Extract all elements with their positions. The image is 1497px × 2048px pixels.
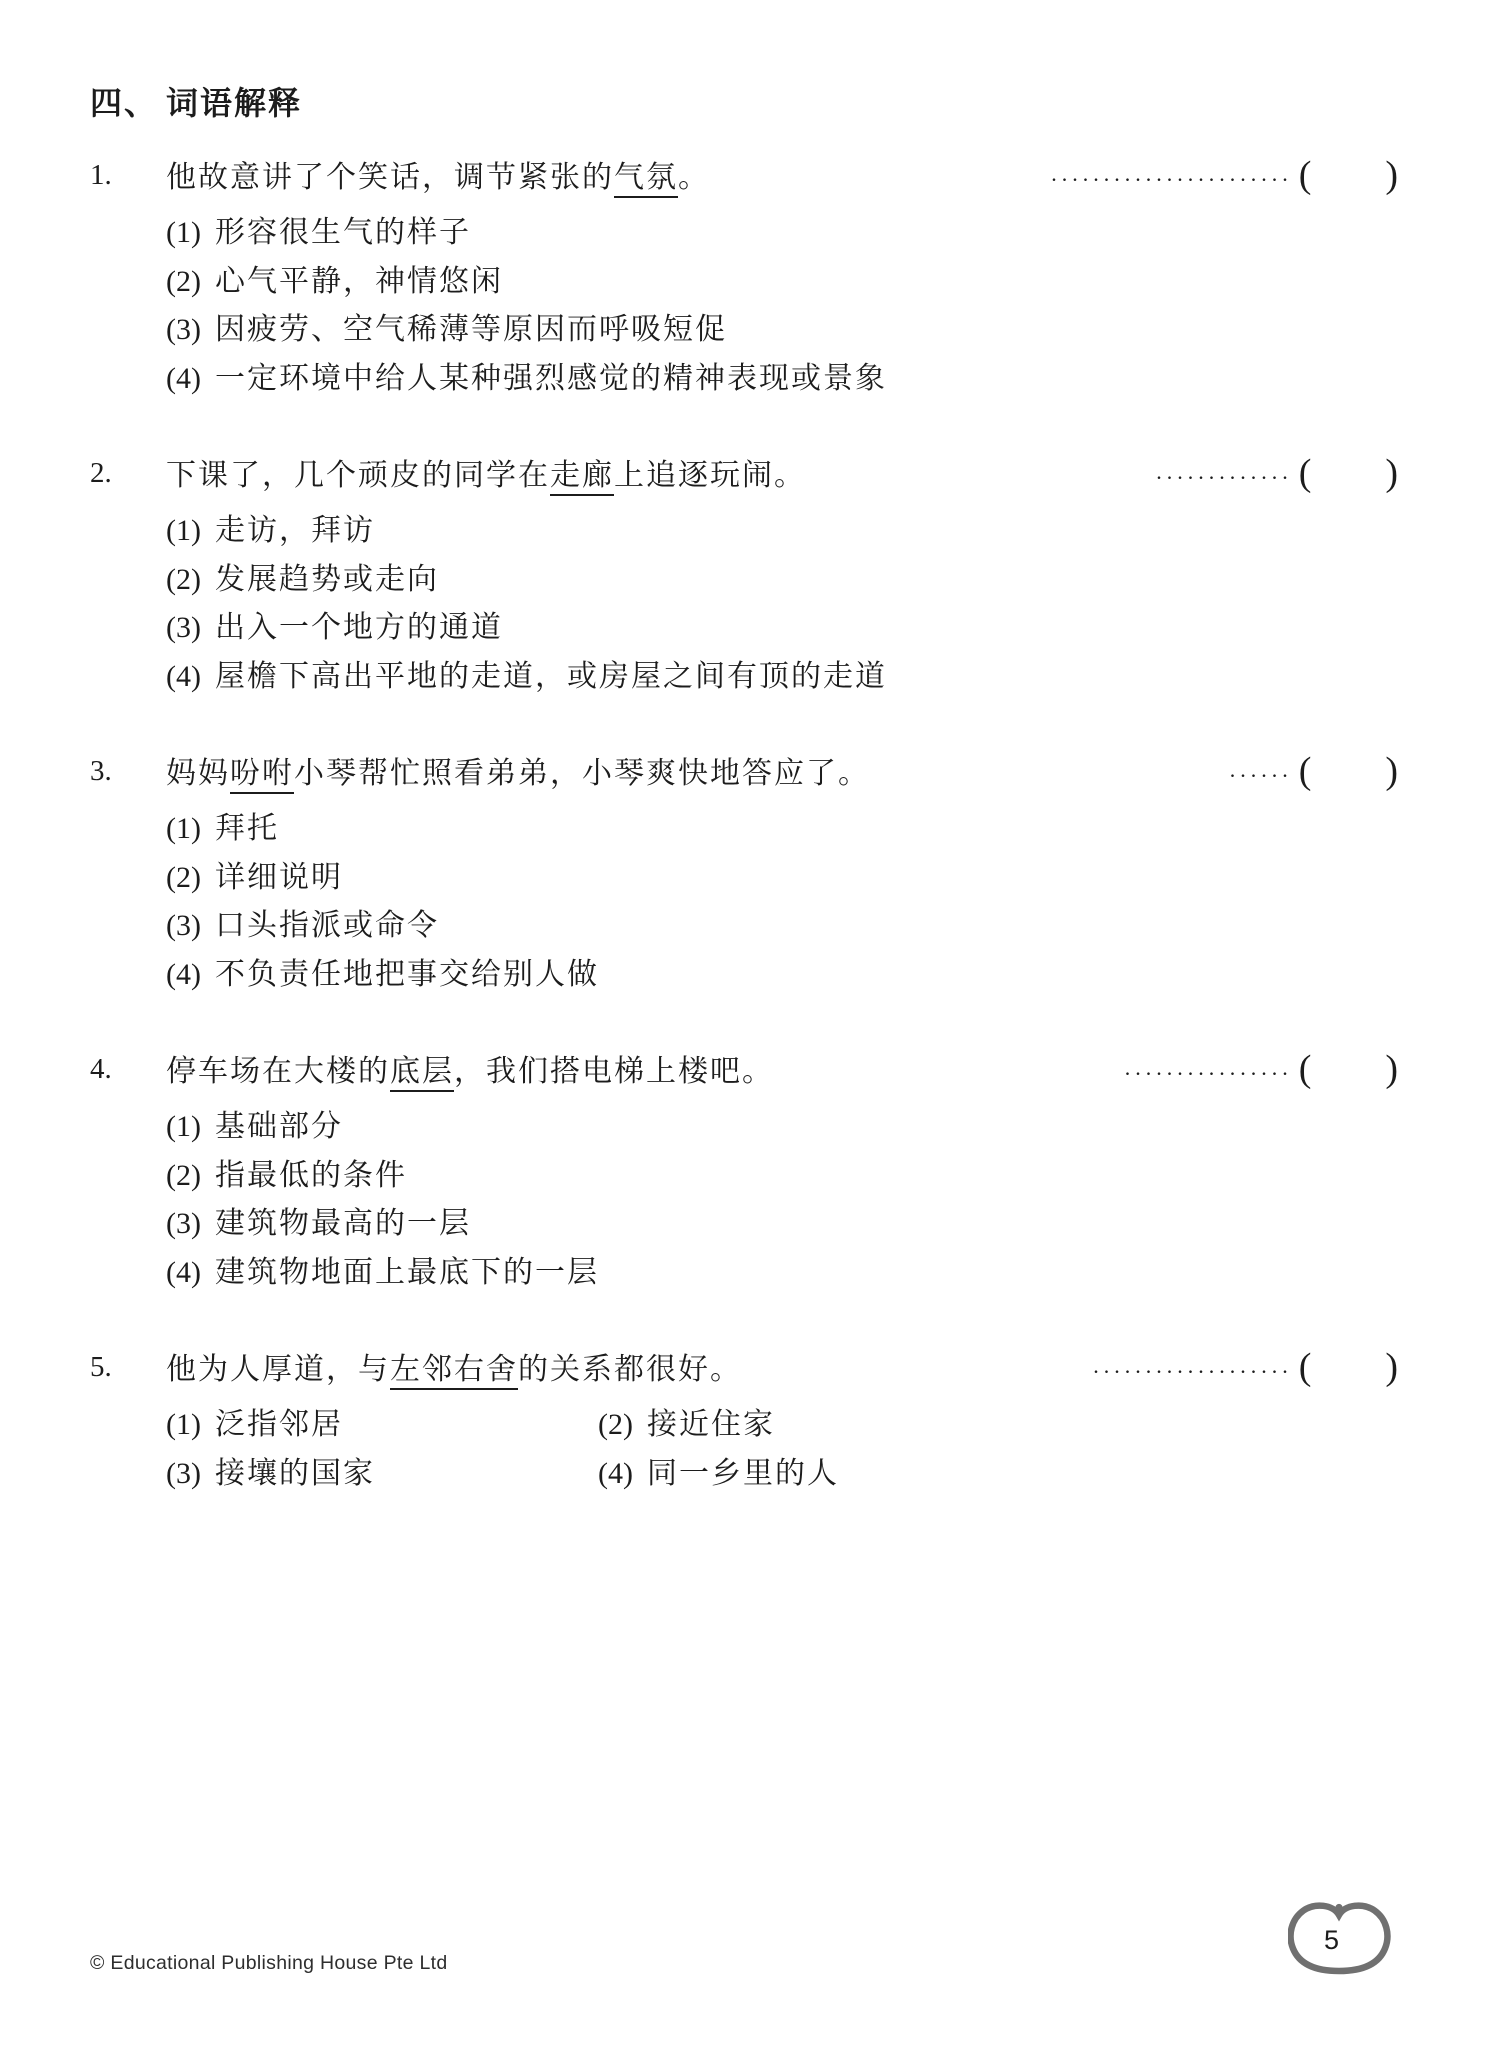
option-text: 发展趋势或走向 (215, 556, 439, 605)
option-label: (1) (166, 1103, 201, 1152)
option-label: (1) (166, 507, 201, 556)
answer-parentheses: () (1299, 450, 1400, 496)
option-text: 建筑物最高的一层 (215, 1200, 471, 1249)
option-item: (4)同一乡里的人 (598, 1450, 1400, 1499)
option-item: (2)详细说明 (166, 854, 1400, 903)
option-text: 拜托 (215, 805, 279, 854)
option-list: (1)拜托 (2)详细说明 (3)口头指派或命令 (4)不负责任地把事交给别人做 (166, 805, 1400, 999)
option-text: 泛指邻居 (215, 1401, 343, 1450)
option-label: (4) (166, 951, 201, 1000)
option-label: (4) (166, 653, 201, 702)
option-text: 走访，拜访 (215, 507, 375, 556)
option-list: (1)泛指邻居 (2)接近住家 (3)接壤的国家 (4)同一乡里的人 (166, 1401, 1400, 1498)
option-text: 形容很生气的样子 (215, 209, 471, 258)
underlined-term: 气氛 (614, 161, 678, 198)
paren-open: ( (1299, 1048, 1314, 1090)
section-title-text: 词语解释 (166, 78, 302, 124)
question-text-post: 上追逐玩闹。 (614, 459, 806, 492)
option-item: (3)出入一个地方的通道 (166, 604, 1400, 653)
paren-close: ) (1385, 1048, 1400, 1090)
option-label: (4) (598, 1450, 633, 1499)
question-number: 3. (90, 748, 166, 799)
option-label: (4) (166, 1249, 201, 1298)
option-text: 同一乡里的人 (647, 1450, 839, 1499)
question-text: 他为人厚道，与左邻右舍的关系都很好。 ................... (… (166, 1344, 1400, 1395)
answer-parentheses: () (1299, 748, 1400, 794)
option-list: (1)基础部分 (2)指最低的条件 (3)建筑物最高的一层 (4)建筑物地面上最… (166, 1103, 1400, 1297)
option-label: (1) (166, 1401, 201, 1450)
dotted-leader: ....................... (710, 151, 1293, 197)
option-label: (2) (598, 1401, 633, 1450)
option-item: (2)接近住家 (598, 1401, 1400, 1450)
option-item: (1)走访，拜访 (166, 507, 1400, 556)
underlined-term: 走廊 (550, 459, 614, 496)
question-text-post: ，我们搭电梯上楼吧。 (454, 1055, 774, 1088)
question-text-post: 小琴帮忙照看弟弟，小琴爽快地答应了。 (294, 757, 870, 790)
option-label: (2) (166, 1152, 201, 1201)
option-item: (3)接壤的国家 (166, 1450, 598, 1499)
paren-open: ( (1299, 1346, 1314, 1388)
option-text: 屋檐下高出平地的走道，或房屋之间有顶的走道 (215, 653, 887, 702)
question-text-pre: 下课了，几个顽皮的同学在 (166, 459, 550, 492)
option-text: 指最低的条件 (215, 1152, 407, 1201)
question-text-post: 的关系都很好。 (518, 1353, 742, 1386)
option-list: (1)形容很生气的样子 (2)心气平静，神情悠闲 (3)因疲劳、空气稀薄等原因而… (166, 209, 1400, 403)
option-label: (2) (166, 556, 201, 605)
option-label: (3) (166, 1200, 201, 1249)
dotted-leader: ................ (774, 1045, 1293, 1091)
paren-open: ( (1299, 452, 1314, 494)
section-number: 四、 (90, 78, 166, 124)
dotted-leader: ...... (870, 747, 1293, 793)
question-text-pre: 他故意讲了个笑话，调节紧张的 (166, 161, 614, 194)
question-text: 妈妈吩咐小琴帮忙照看弟弟，小琴爽快地答应了。 ...... () (166, 748, 1400, 799)
dotted-leader: ................... (742, 1343, 1293, 1389)
option-label: (2) (166, 854, 201, 903)
question-text-pre: 他为人厚道，与 (166, 1353, 390, 1386)
option-text: 心气平静，神情悠闲 (215, 258, 503, 307)
question-text-pre: 妈妈 (166, 757, 230, 790)
option-text: 建筑物地面上最底下的一层 (215, 1249, 599, 1298)
question-item: 1. 他故意讲了个笑话，调节紧张的气氛。 ...................… (90, 152, 1400, 403)
option-label: (3) (166, 306, 201, 355)
option-item: (2)心气平静，神情悠闲 (166, 258, 1400, 307)
option-item: (4)屋檐下高出平地的走道，或房屋之间有顶的走道 (166, 653, 1400, 702)
option-label: (3) (166, 902, 201, 951)
question-text: 下课了，几个顽皮的同学在走廊上追逐玩闹。 ............. () (166, 450, 1400, 501)
option-item: (3)建筑物最高的一层 (166, 1200, 1400, 1249)
option-label: (3) (166, 1450, 201, 1499)
option-text: 接近住家 (647, 1401, 775, 1450)
option-item: (3)因疲劳、空气稀薄等原因而呼吸短促 (166, 306, 1400, 355)
question-text-post: 。 (678, 161, 710, 194)
option-item: (2)发展趋势或走向 (166, 556, 1400, 605)
option-label: (1) (166, 805, 201, 854)
option-text: 详细说明 (215, 854, 343, 903)
option-item: (2)指最低的条件 (166, 1152, 1400, 1201)
option-item: (4)不负责任地把事交给别人做 (166, 951, 1400, 1000)
option-text: 一定环境中给人某种强烈感觉的精神表现或景象 (215, 355, 887, 404)
question-item: 2. 下课了，几个顽皮的同学在走廊上追逐玩闹。 ............. ()… (90, 450, 1400, 701)
option-text: 口头指派或命令 (215, 902, 439, 951)
option-item: (4)一定环境中给人某种强烈感觉的精神表现或景象 (166, 355, 1400, 404)
dotted-leader: ............. (806, 449, 1293, 495)
page-number: 5 (1288, 1901, 1391, 1976)
underlined-term: 左邻右舍 (390, 1353, 518, 1390)
question-text: 停车场在大楼的底层，我们搭电梯上楼吧。 ................ () (166, 1046, 1400, 1097)
question-item: 4. 停车场在大楼的底层，我们搭电梯上楼吧。 ................ … (90, 1046, 1400, 1297)
option-label: (4) (166, 355, 201, 404)
option-text: 接壤的国家 (215, 1450, 375, 1499)
option-item: (1)形容很生气的样子 (166, 209, 1400, 258)
underlined-term: 底层 (390, 1055, 454, 1092)
option-text: 出入一个地方的通道 (215, 604, 503, 653)
paren-close: ) (1385, 452, 1400, 494)
option-item: (4)建筑物地面上最底下的一层 (166, 1249, 1400, 1298)
option-label: (1) (166, 209, 201, 258)
option-item: (1)拜托 (166, 805, 1400, 854)
question-number: 2. (90, 450, 166, 501)
option-label: (3) (166, 604, 201, 653)
option-label: (2) (166, 258, 201, 307)
paren-open: ( (1299, 154, 1314, 196)
question-number: 1. (90, 152, 166, 203)
answer-parentheses: () (1299, 152, 1400, 198)
paren-close: ) (1385, 154, 1400, 196)
section-title: 四、 词语解释 (90, 78, 1400, 124)
question-item: 3. 妈妈吩咐小琴帮忙照看弟弟，小琴爽快地答应了。 ...... () (1)拜… (90, 748, 1400, 999)
paren-close: ) (1385, 1346, 1400, 1388)
answer-parentheses: () (1299, 1046, 1400, 1092)
question-number: 5. (90, 1344, 166, 1395)
answer-parentheses: () (1299, 1344, 1400, 1390)
option-item: (3)口头指派或命令 (166, 902, 1400, 951)
underlined-term: 吩咐 (230, 757, 294, 794)
page-number-badge: 5 (1288, 1901, 1391, 1976)
option-item: (1)泛指邻居 (166, 1401, 598, 1450)
question-text: 他故意讲了个笑话，调节紧张的气氛。 ......................… (166, 152, 1400, 203)
option-list: (1)走访，拜访 (2)发展趋势或走向 (3)出入一个地方的通道 (4)屋檐下高… (166, 507, 1400, 701)
footer-copyright: © Educational Publishing House Pte Ltd (90, 1952, 448, 1975)
paren-open: ( (1299, 750, 1314, 792)
option-text: 因疲劳、空气稀薄等原因而呼吸短促 (215, 306, 727, 355)
option-text: 不负责任地把事交给别人做 (215, 951, 599, 1000)
paren-close: ) (1385, 750, 1400, 792)
question-text-pre: 停车场在大楼的 (166, 1055, 390, 1088)
option-text: 基础部分 (215, 1103, 343, 1152)
question-item: 5. 他为人厚道，与左邻右舍的关系都很好。 ..................… (90, 1344, 1400, 1498)
option-item: (1)基础部分 (166, 1103, 1400, 1152)
question-number: 4. (90, 1046, 166, 1097)
worksheet-page: 四、 词语解释 1. 他故意讲了个笑话，调节紧张的气氛。 ...........… (0, 0, 1497, 1498)
